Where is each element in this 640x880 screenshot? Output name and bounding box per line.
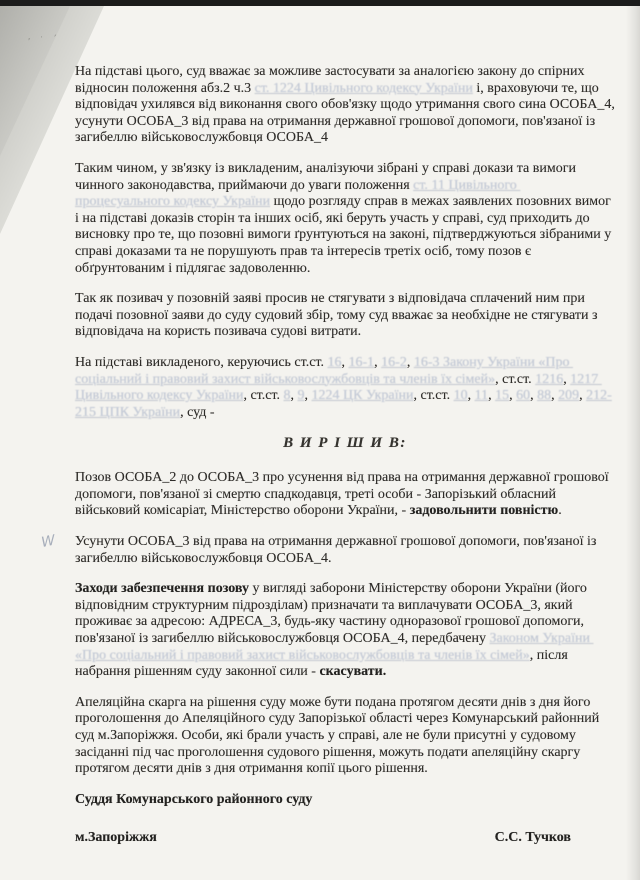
paragraph-conclusion: Таким чином, у зв'язку із викладеним, ан… bbox=[75, 161, 615, 277]
text-segment: , ст.ст. bbox=[495, 372, 535, 387]
text-segment: На підставі викладеного, керуючись ст.ст… bbox=[75, 355, 327, 370]
signature-judge-name: С.С. Тучков bbox=[495, 830, 571, 846]
text-segment: скасувати. bbox=[319, 664, 386, 679]
text-segment: Апеляційна скарга на рішення суду може б… bbox=[75, 695, 603, 776]
text-segment: , bbox=[291, 388, 298, 403]
scanned-court-decision-page: { "page": { "background": "#f4f3ef", "sc… bbox=[0, 0, 640, 880]
paragraph-decision-remove-right: Усунути ОСОБА_3 від права на отримання д… bbox=[75, 534, 615, 567]
text-segment: 11 bbox=[475, 388, 488, 403]
paragraph-analogy: На підставі цього, суд вважає за можливе… bbox=[75, 64, 615, 147]
paragraph-decision-remove-wrap: W Усунути ОСОБА_3 від права на отримання… bbox=[75, 534, 615, 567]
scanner-top-bar bbox=[0, 0, 640, 6]
signature-city: м.Запоріжжя bbox=[75, 830, 157, 846]
text-segment: 16 bbox=[327, 355, 341, 370]
handwritten-margin-mark: W bbox=[41, 533, 53, 552]
text-segment: 60 bbox=[516, 388, 530, 403]
page-right-edge-shadow bbox=[626, 6, 640, 880]
text-segment: 10 bbox=[454, 388, 468, 403]
paragraph-legal-basis: На підставі викладеного, керуючись ст.ст… bbox=[75, 355, 615, 421]
text-segment: ст. 1224 Цивільного кодексу України bbox=[255, 81, 473, 96]
text-segment: Усунути ОСОБА_3 від права на отримання д… bbox=[75, 534, 600, 566]
text-segment: , bbox=[305, 388, 312, 403]
paragraph-decision-satisfy: Позов ОСОБА_2 до ОСОБА_3 про усунення ві… bbox=[75, 470, 615, 520]
text-segment: , суд - bbox=[180, 405, 214, 420]
text-segment: 88 bbox=[537, 388, 551, 403]
text-segment: 16-1 bbox=[348, 355, 374, 370]
judge-title-line: Суддя Комунарського районного суду bbox=[75, 792, 615, 809]
signature-row: м.Запоріжжя С.С. Тучков bbox=[75, 830, 615, 846]
text-segment: 9 bbox=[298, 388, 305, 403]
text-segment: . bbox=[558, 503, 562, 518]
text-segment: , ст.ст. bbox=[243, 388, 283, 403]
paragraph-appeal-info: Апеляційна скарга на рішення суду може б… bbox=[75, 695, 615, 778]
text-segment: задовольнити повністю bbox=[410, 503, 559, 518]
text-segment: Так як позивач у позовній заяві просив н… bbox=[75, 291, 601, 339]
text-segment: Заходи забезпечення позову bbox=[75, 581, 249, 596]
text-segment: 1216 bbox=[535, 372, 563, 387]
text-segment: , bbox=[468, 388, 475, 403]
text-segment: , ст.ст. bbox=[414, 388, 454, 403]
text-segment: , bbox=[407, 355, 414, 370]
decision-heading: В И Р І Ш И В: bbox=[75, 435, 615, 452]
document-body: На підставі цього, суд вважає за можливе… bbox=[75, 64, 615, 846]
paragraph-decision-measures: Заходи забезпечення позову у вигляді заб… bbox=[75, 581, 615, 681]
paragraph-court-fees: Так як позивач у позовній заяві просив н… bbox=[75, 291, 615, 341]
text-segment: 16-2 bbox=[381, 355, 407, 370]
text-segment: 1224 ЦК України bbox=[312, 388, 414, 403]
text-segment: 209 bbox=[558, 388, 579, 403]
text-segment: 8 bbox=[284, 388, 291, 403]
text-segment: 15 bbox=[495, 388, 509, 403]
